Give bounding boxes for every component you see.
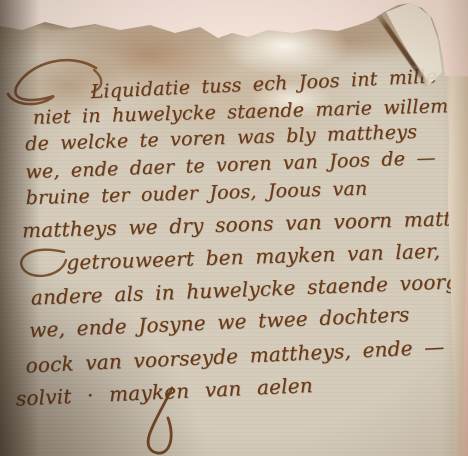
manuscript-line: we, ende Josyne we twee dochters xyxy=(29,302,410,342)
photo-frame: Liquidatie tuss ech Joos int mille — nie… xyxy=(0,0,468,456)
manuscript-line: getrouweert ben mayken van laer, pieter xyxy=(66,236,468,274)
manuscript-line: solvit · mayken van aelen xyxy=(15,373,313,410)
manuscript-line: oock van voorseyde mattheys, ende — xyxy=(25,335,445,378)
manuscript-line: mattheys we dry soons van voorn mattheys xyxy=(22,205,468,242)
manuscript-text: Liquidatie tuss ech Joos int mille — nie… xyxy=(0,0,468,456)
manuscript-sheet: Liquidatie tuss ech Joos int mille — nie… xyxy=(0,0,468,456)
